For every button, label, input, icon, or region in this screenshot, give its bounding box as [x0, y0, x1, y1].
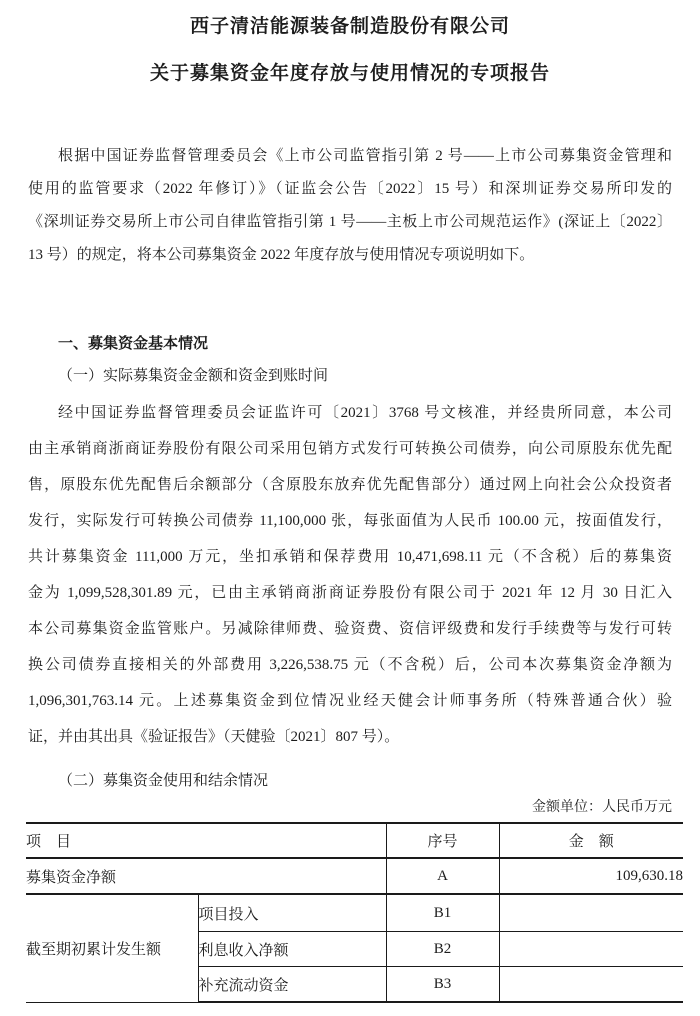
project-input-seq: B1: [386, 894, 499, 932]
subsection-1-2-heading: （二）募集资金使用和结余情况: [28, 765, 672, 798]
paragraph-line: 售，原股东优先配售后余额部分（含原股东放弃优先配售部分）通过网上向社会公众投资者: [28, 467, 672, 503]
paragraph-line: 本公司募集资金监管账户。另减除律师费、验资费、资信评级费和发行手续费等与发行可转: [28, 611, 672, 647]
table-row-net-amount: 募集资金净额 A 109,630.18: [26, 858, 683, 894]
paragraph-line: 使用的监管要求（2022 年修订）》（证监会公告〔2022〕15 号）和深圳证券…: [28, 173, 672, 206]
table-row-project-input: 截至期初累计发生额 项目投入 B1: [26, 894, 683, 932]
table-header-amount: 金 额: [499, 823, 683, 858]
project-input-label: 项目投入: [198, 894, 386, 932]
subsection-1-1-heading: （一）实际募集资金金额和资金到账时间: [28, 360, 672, 393]
working-capital-value: [499, 967, 683, 1003]
net-amount-value: 109,630.18: [499, 858, 683, 894]
project-input-value: [499, 894, 683, 932]
fund-usage-table: 项 目 序号 金 额 募集资金净额 A 109,630.18 截至期初累计发生额…: [26, 822, 683, 1003]
interest-income-seq: B2: [386, 932, 499, 967]
paragraph-line: 共计募集资金 111,000 万元，坐扣承销和保荐费用 10,471,698.1…: [28, 539, 672, 575]
paragraph-line: 发行，实际发行可转换公司债券 11,100,000 张，每张面值为人民币 100…: [28, 503, 672, 539]
paragraph-line: 金为 1,099,528,301.89 元，已由主承销商浙商证券股份有限公司于 …: [28, 575, 672, 611]
amount-unit-label: 金额单位：人民币万元: [28, 798, 672, 818]
report-page: 西子清洁能源装备制造股份有限公司 关于募集资金年度存放与使用情况的专项报告 根据…: [0, 0, 700, 1016]
table-header-row: 项 目 序号 金 额: [26, 823, 683, 858]
working-capital-seq: B3: [386, 967, 499, 1003]
cumulative-group-label: 截至期初累计发生额: [26, 894, 198, 1002]
paragraph-line: 《深圳证券交易所上市公司自律监管指引第 1 号——主板上市公司规范运作》(深证上…: [28, 206, 672, 239]
report-title: 关于募集资金年度存放与使用情况的专项报告: [28, 61, 672, 87]
intro-paragraph: 根据中国证券监督管理委员会《上市公司监管指引第 2 号——上市公司募集资金管理和…: [28, 140, 672, 272]
paragraph-line: 根据中国证券监督管理委员会《上市公司监管指引第 2 号——上市公司募集资金管理和: [28, 140, 672, 173]
interest-income-label: 利息收入净额: [198, 932, 386, 967]
paragraph-line: 由主承销商浙商证券股份有限公司采用包销方式发行可转换公司债券，向公司原股东优先配: [28, 431, 672, 467]
paragraph-line: 1,096,301,763.14 元。上述募集资金到位情况业经天健会计师事务所（…: [28, 683, 672, 719]
paragraph-line: 13 号）的规定，将本公司募集资金 2022 年度存放与使用情况专项说明如下。: [28, 239, 672, 272]
paragraph-line: 换公司债券直接相关的外部费用 3,226,538.75 元（不含税）后，公司本次…: [28, 647, 672, 683]
net-amount-seq: A: [386, 858, 499, 894]
interest-income-value: [499, 932, 683, 967]
paragraph-line: 经中国证券监督管理委员会证监许可〔2021〕3768 号文核准，并经贵所同意，本…: [28, 395, 672, 431]
company-title: 西子清洁能源装备制造股份有限公司: [28, 14, 672, 40]
table-header-item: 项 目: [26, 823, 386, 858]
net-amount-label: 募集资金净额: [26, 858, 386, 894]
section-1-heading: 一、募集资金基本情况: [28, 327, 672, 360]
table-header-seq: 序号: [386, 823, 499, 858]
working-capital-label: 补充流动资金: [198, 967, 386, 1003]
paragraph-line: 证，并由其出具《验证报告》（天健验〔2021〕807 号）。: [28, 719, 672, 755]
fundraising-paragraph: 经中国证券监督管理委员会证监许可〔2021〕3768 号文核准，并经贵所同意，本…: [28, 395, 672, 755]
